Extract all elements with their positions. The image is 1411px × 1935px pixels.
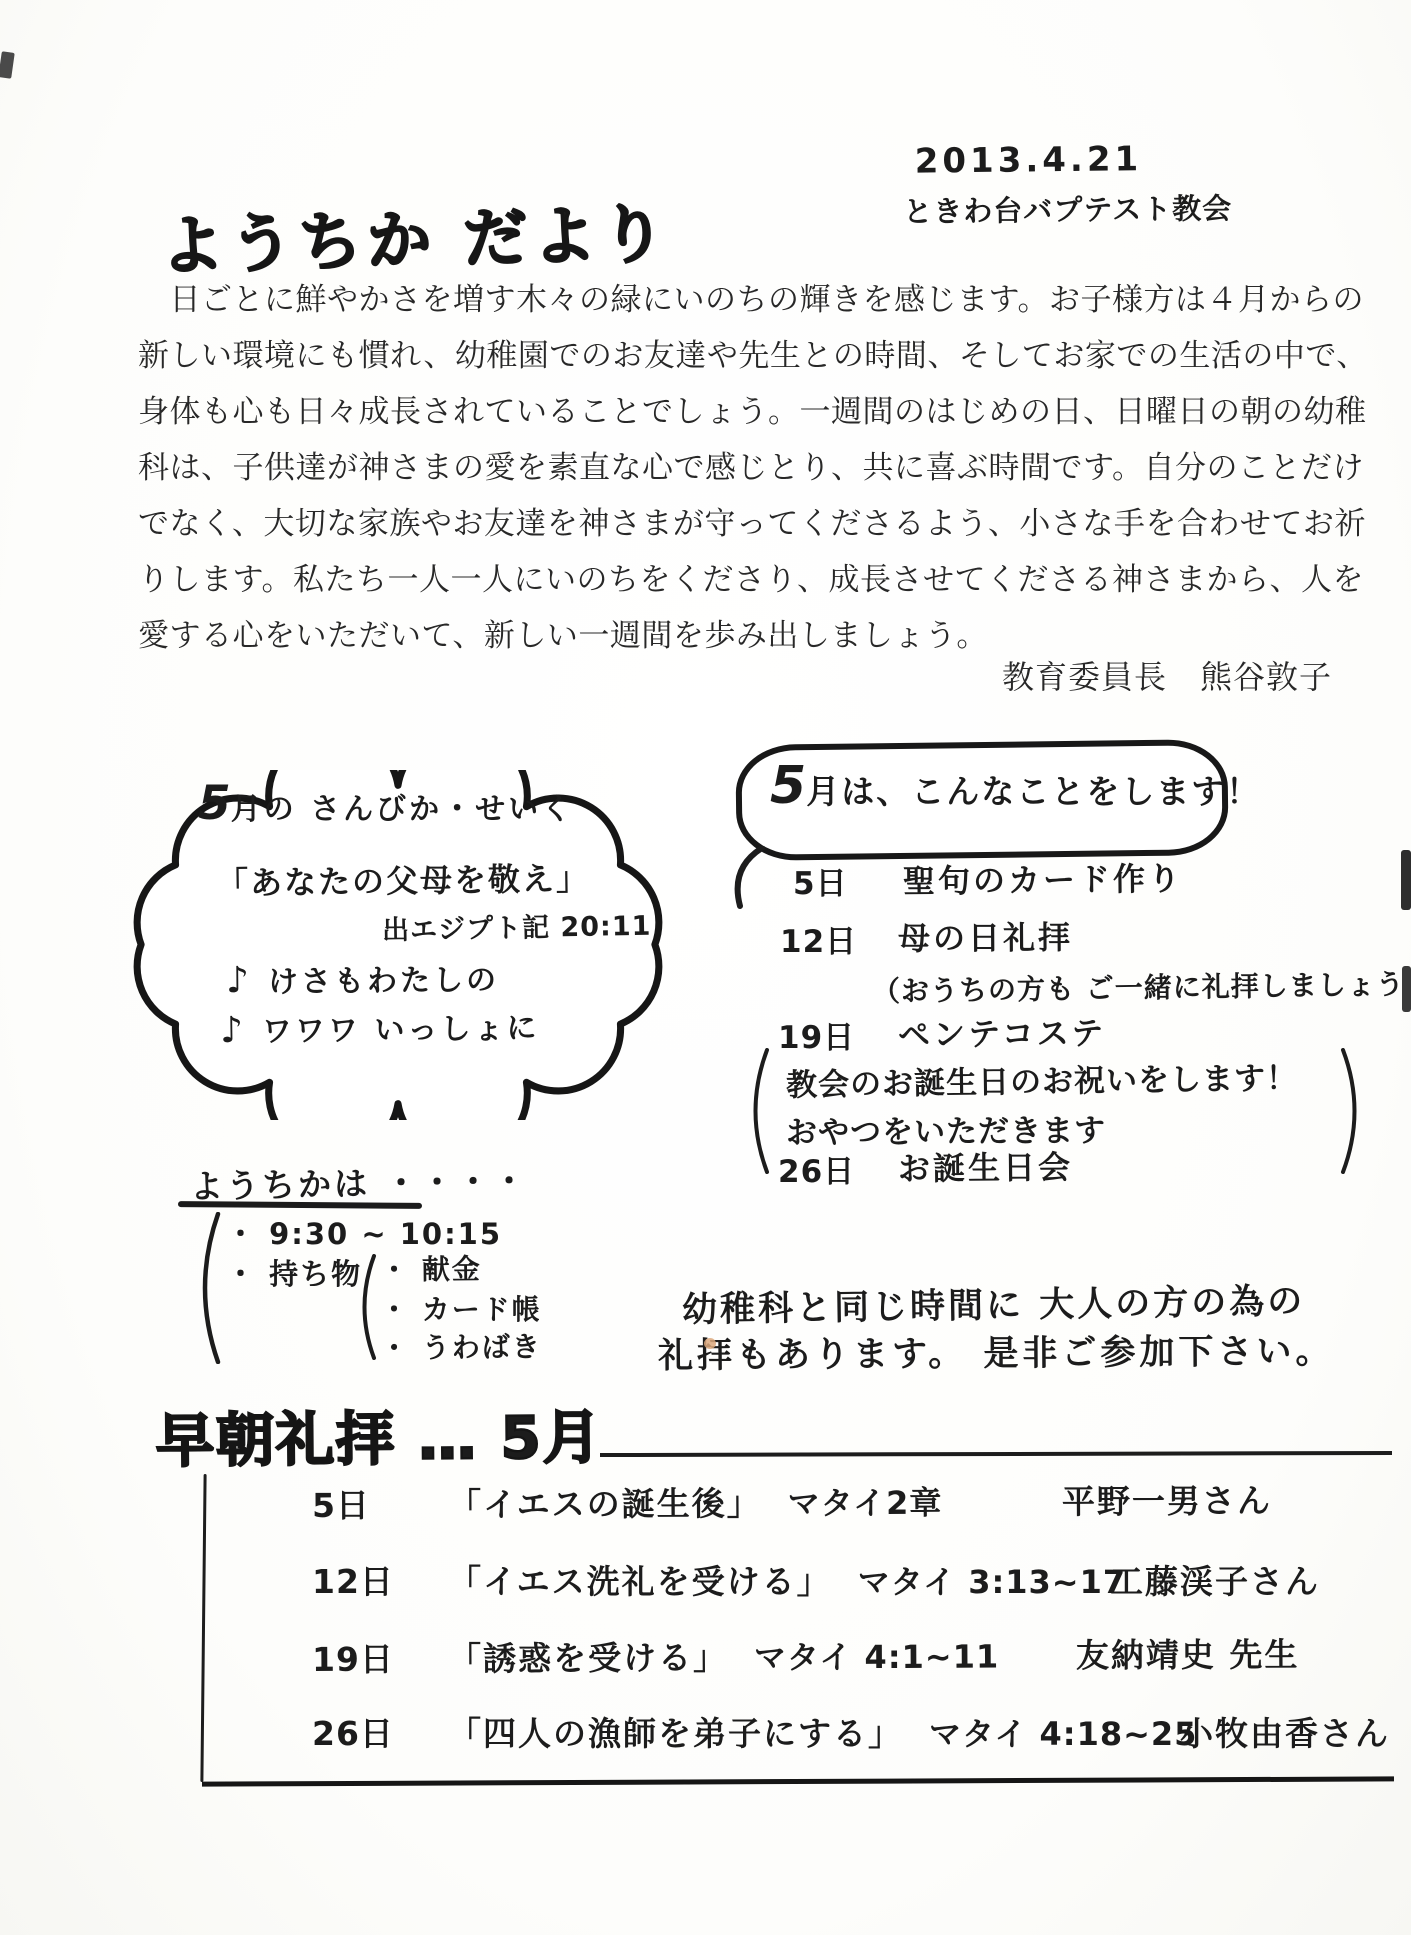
open-paren-icon bbox=[742, 1048, 770, 1174]
intro-line: 身体も心も日々成長されていることでしょう。一週間のはじめの日、日曜日の朝の幼稚 bbox=[138, 384, 1353, 440]
heading-underline bbox=[178, 1201, 422, 1209]
plan-text: 聖句のカード作り bbox=[903, 854, 1183, 903]
worship-row: 26日 「四人の漁師を弟子にする」マタイ 4:18~25 小牧由香さん bbox=[0, 1708, 1411, 1758]
plan-text: お誕生日会 bbox=[898, 1142, 1073, 1190]
row-passage: マタイ 3:13~17 bbox=[858, 1563, 1126, 1601]
row-title-group: 「イエスの誕生後」マタイ2章 bbox=[448, 1477, 943, 1527]
intro-line: りします。私たち一人一人にいのちをくださり、成長させてくださる神さまから、人を bbox=[138, 552, 1353, 608]
issue-date: 2013.4.21 bbox=[915, 138, 1232, 181]
worship-row: 12日 「イエス洗礼を受ける」マタイ 3:13~17 工藤渓子さん bbox=[0, 1556, 1411, 1606]
plan-text: ペンテコステ bbox=[898, 1008, 1106, 1056]
close-paren-icon bbox=[1340, 1048, 1368, 1174]
song-item: ♪ワワワ いっしょに bbox=[220, 1003, 540, 1051]
intro-paragraph: 日ごとに鮮やかさを増す木々の緑にいのちの輝きを感じます。お子様方は４月からの 新… bbox=[138, 272, 1353, 664]
song-cloud-heading: 5月の さんびか・せいく bbox=[198, 776, 574, 831]
plan-date: 19日 bbox=[778, 1012, 855, 1057]
memory-verse: 「あなたの父母を敬え」 bbox=[216, 853, 591, 904]
row-title: 「誘惑を受ける」 bbox=[448, 1638, 728, 1678]
row-speaker: 友納靖史 先生 bbox=[1076, 1629, 1300, 1677]
table-frame-bottom bbox=[202, 1776, 1394, 1786]
open-paren-icon bbox=[352, 1254, 378, 1360]
church-name: ときわ台バプテスト教会 bbox=[903, 186, 1232, 230]
bubble-tail bbox=[726, 846, 768, 910]
row-title-group: 「四人の漁師を弟子にする」マタイ 4:18~25 bbox=[448, 1708, 1197, 1755]
month-number: 5 bbox=[198, 776, 231, 831]
row-passage: マタイ 4:18~25 bbox=[929, 1715, 1197, 1753]
row-title-group: 「誘惑を受ける」マタイ 4:1~11 bbox=[448, 1630, 999, 1680]
row-title-group: 「イエス洗礼を受ける」マタイ 3:13~17 bbox=[448, 1556, 1126, 1603]
plans-heading: 5月は、こんなことをします！ bbox=[770, 756, 1261, 816]
intro-line: 新しい環境にも慣れ、幼稚園でのお友達や先生との時間、そしてお家での生活の中で、 bbox=[138, 328, 1353, 384]
intro-line: 科は、子供達が神さまの愛を素直な心で感じとり、共に喜ぶ時間です。自分のことだけ bbox=[138, 440, 1353, 496]
worship-row: 5日 「イエスの誕生後」マタイ2章 平野一男さん bbox=[0, 1474, 1411, 1531]
intro-line: 日ごとに鮮やかさを増す木々の緑にいのちの輝きを感じます。お子様方は４月からの bbox=[138, 272, 1353, 328]
adult-note-line: 礼拝もあります。 是非ご参加下さい。 bbox=[658, 1324, 1335, 1379]
row-passage: マタイ2章 bbox=[788, 1484, 943, 1523]
row-date: 5日 bbox=[312, 1480, 370, 1527]
belongings-item: ・ カード帳 bbox=[380, 1288, 542, 1328]
morning-worship-heading: 早朝礼拝 … 5月 bbox=[156, 1390, 603, 1478]
plan-date: 12日 bbox=[780, 916, 857, 961]
row-title: 「四人の漁師を弟子にする」 bbox=[448, 1714, 903, 1753]
heading-rule bbox=[600, 1451, 1392, 1457]
row-date: 19日 bbox=[312, 1634, 394, 1681]
music-note-icon: ♪ bbox=[220, 1010, 247, 1051]
song-item: ♪けさもわたしの bbox=[226, 955, 499, 1001]
scan-artifact bbox=[0, 51, 15, 79]
plan-date: 5日 bbox=[793, 858, 848, 903]
belongings-label: ・ 持ち物 bbox=[226, 1252, 362, 1293]
row-speaker: 平野一男さん bbox=[1062, 1475, 1272, 1523]
scripture-reference: 出エジプト記 20:11 bbox=[382, 904, 652, 948]
dateline: 2013.4.21 ときわ台バプテスト教会 bbox=[903, 138, 1233, 230]
scan-artifact bbox=[1401, 850, 1411, 910]
newsletter-page: ようちか だより 2013.4.21 ときわ台バプテスト教会 日ごとに鮮やかさを… bbox=[0, 0, 1411, 1935]
open-paren-icon bbox=[190, 1212, 222, 1364]
row-speaker: 工藤渓子さん bbox=[1110, 1556, 1320, 1603]
row-passage: マタイ 4:1~11 bbox=[754, 1637, 999, 1676]
song-title: ワワワ いっしょに bbox=[262, 1011, 540, 1050]
belongings-item: ・ 献金 bbox=[380, 1247, 482, 1288]
scan-artifact bbox=[1402, 966, 1411, 1012]
plan-date: 26日 bbox=[778, 1146, 855, 1191]
month-number: 5 bbox=[770, 756, 806, 816]
intro-line: でなく、大切な家族やお友達を神さまが守ってくださるよう、小さな手を合わせてお祈 bbox=[138, 496, 1353, 552]
belongings-item: ・ うわばき bbox=[380, 1325, 542, 1366]
mothers-day-note: （おうちの方も ご一緒に礼拝しましょう！） bbox=[872, 962, 1411, 1010]
song-title: けさもわたしの bbox=[268, 963, 499, 1000]
row-title: 「イエスの誕生後」 bbox=[448, 1484, 762, 1525]
row-speaker: 小牧由香さん bbox=[1180, 1708, 1390, 1755]
row-date: 26日 bbox=[312, 1708, 394, 1755]
row-date: 12日 bbox=[312, 1556, 394, 1603]
pentecost-note-line1: 教会のお誕生日のお祝いをします！ bbox=[786, 1052, 1299, 1104]
worship-row: 19日 「誘惑を受ける」マタイ 4:1~11 友納靖史 先生 bbox=[0, 1628, 1411, 1685]
row-title: 「イエス洗礼を受ける」 bbox=[448, 1562, 832, 1601]
youchika-heading: ようちかは ・・・・ bbox=[190, 1155, 529, 1208]
plan-text: 母の日礼拝 bbox=[898, 912, 1073, 959]
scan-artifact bbox=[704, 1338, 716, 1349]
signature: 教育委員長 熊谷敦子 bbox=[1002, 652, 1332, 698]
music-note-icon: ♪ bbox=[226, 960, 252, 1001]
